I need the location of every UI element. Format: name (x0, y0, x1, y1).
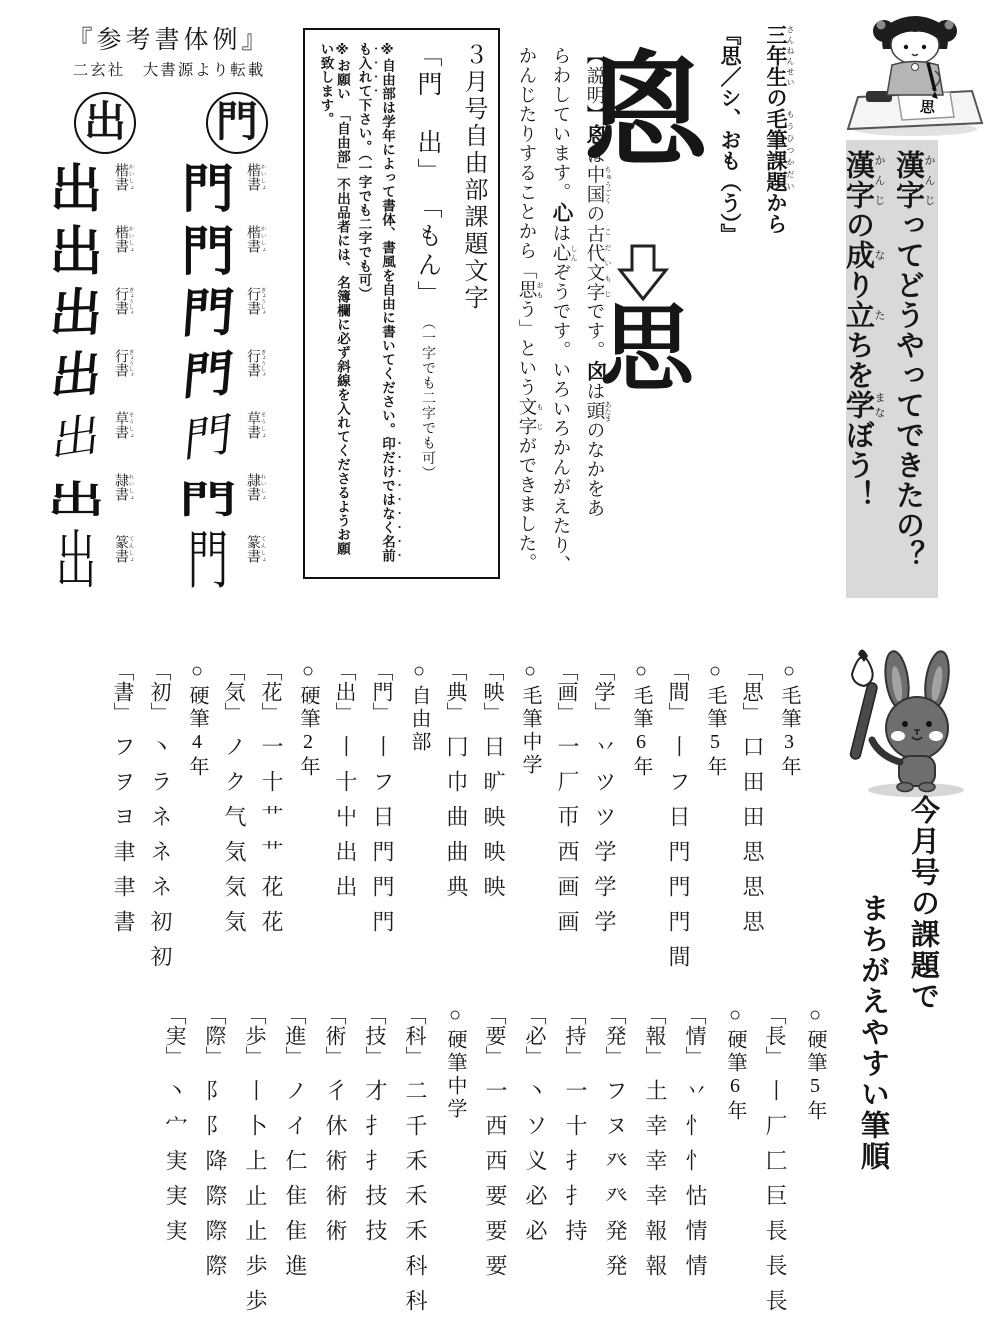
stroke-steps: 口田田思思思 (740, 735, 765, 945)
script-type-label: 草書そうしょ (244, 411, 266, 467)
stroke-order-column: 「花」一十艹艹花花 (258, 660, 284, 996)
stroke-steps: ノイ仁隹隹進 (283, 1079, 308, 1289)
text-segment: 思おも (516, 280, 536, 300)
stroke-target-kanji: 「歩」 (243, 1004, 267, 1067)
calligraphy-glyph: 門 (168, 482, 247, 519)
stroke-order-column: 「報」土幸幸幸報報 (642, 1004, 668, 1332)
stroke-order-column: 「初」丶ラネネネ初初 (147, 660, 173, 996)
stroke-target-kanji: 「科」 (403, 1004, 427, 1067)
stroke-order-column: 「間」丨フ日門門門間 (665, 660, 691, 996)
stroke-order-column: 「映」日旷映映映 (480, 660, 506, 996)
text-segment: は (584, 146, 604, 166)
stroke-target-kanji: 「実」 (163, 1004, 187, 1067)
inline-ancient-glyph: 心 (549, 202, 571, 224)
text-segment: 心しん (550, 243, 570, 263)
reference-title: 『参考書体例』 (38, 20, 300, 56)
text-segment: う」という (516, 300, 536, 398)
script-type-label: 楷書かいしょ (244, 163, 266, 219)
text-segment: 立た (842, 300, 874, 330)
stroke-steps: ノク气気気気 (222, 735, 247, 945)
text-segment: 漢字かんじ (842, 150, 874, 210)
stroke-steps: 丶ラネネネ初初 (148, 735, 173, 980)
stroke-group-header: ○毛筆5年 (702, 660, 728, 996)
stroke-steps: 丶宀実実実 (163, 1079, 188, 1254)
calligraphy-glyph: 出 (39, 349, 113, 404)
script-type-label: 篆書てんしょ (244, 535, 266, 591)
calligraphy-glyph: 門 (170, 288, 246, 342)
script-examples-column-de: 出楷書かいしょ出楷書かいしょ出行書ぎょうしょ出行書ぎょうしょ出草書そうしょ出隷書… (40, 160, 166, 594)
stroke-steps: 土幸幸幸報報 (643, 1079, 668, 1289)
stroke-target-kanji: 「初」 (148, 660, 172, 723)
stroke-steps: 丷ツツ学学学 (592, 735, 617, 945)
assignment-subject-note: （一字でも二字でも可） (420, 316, 435, 481)
text-segment: 頭あたま (584, 401, 604, 421)
calligraphy-glyph: 出 (36, 482, 115, 519)
text-segment: 学まな (842, 390, 874, 420)
calligraphy-glyph: 出 (39, 226, 112, 279)
explanation-line: 【説明せつめい】恖は中国ちゅうごくの古代文字こだいもじです。囟は頭あたまのなかを… (578, 46, 612, 594)
stroke-steps: 一十艹艹花花 (259, 735, 284, 945)
stroke-target-kanji: 「間」 (666, 660, 690, 723)
stroke-target-kanji: 「発」 (603, 1004, 627, 1067)
stroke-order-column: 「必」丶ソ义必必 (522, 1004, 548, 1332)
stroke-target-kanji: 「要」 (483, 1004, 507, 1067)
text-segment: 三年生さんねんせい (764, 24, 787, 87)
stroke-target-kanji: 「情」 (683, 1004, 707, 1067)
stroke-order-column: 「思」口田田思思思 (739, 660, 765, 996)
assignment-subject-reading: 「もん」 (414, 193, 441, 309)
stroke-steps: 丨フ日門門門 (370, 735, 395, 945)
text-segment: かんじたりすることから「 (516, 46, 536, 280)
stroke-target-kanji: 「典」 (444, 660, 468, 723)
script-example-row: 門楷書かいしょ (172, 222, 298, 284)
script-example-row: 門篆書てんしょ (172, 532, 298, 594)
text-segment: の (842, 210, 874, 240)
text-segment: らわしています。 (550, 46, 570, 202)
text-segment: ぼう！ (842, 420, 874, 510)
stroke-target-kanji: 「持」 (563, 1004, 587, 1067)
stroke-target-kanji: 「花」 (259, 660, 283, 723)
calligraphy-glyph: 出 (48, 531, 104, 594)
script-example-row: 出篆書てんしょ (40, 532, 166, 594)
stroke-order-column: 「術」彳休術術術 (322, 1004, 348, 1332)
down-arrow-icon (617, 243, 669, 303)
stroke-steps: 丶ソ义必必 (523, 1079, 548, 1254)
script-example-row: 出楷書かいしょ (40, 222, 166, 284)
text-segment: から (764, 192, 787, 234)
svg-text:思: 思 (920, 99, 937, 117)
text-segment: の (764, 87, 787, 108)
stroke-steps: 丨卜上止止歩歩 (243, 1079, 268, 1324)
stroke-order-column: 「技」才扌扌技技 (362, 1004, 388, 1332)
stroke-order-column: 「出」丨十屮出出 (332, 660, 358, 996)
stroke-steps: 阝阝降際際際 (203, 1079, 228, 1289)
stroke-steps: 冂巾曲曲典 (444, 735, 469, 910)
script-type-label: 行書ぎょうしょ (244, 349, 266, 405)
text-segment: ちを (842, 330, 874, 390)
stroke-steps: 丨厂匚巨長長長 (763, 1079, 788, 1324)
stroke-steps: 才扌扌技技 (363, 1079, 388, 1254)
stroke-order-column: 「歩」丨卜上止止歩歩 (242, 1004, 268, 1332)
stroke-target-kanji: 「必」 (523, 1004, 547, 1067)
text-segment: 説明せつめい (584, 66, 604, 105)
assignment-subject-kanji: 「門 出」 (414, 42, 441, 187)
text-segment: り (842, 270, 874, 300)
stroke-steps: 丨十屮出出 (333, 735, 358, 910)
stroke-order-column: 「要」一西西要要要 (482, 1004, 508, 1332)
script-example-row: 門楷書かいしょ (172, 160, 298, 222)
script-example-row: 門草書そうしょ (172, 408, 298, 470)
text-segment: 【 (584, 46, 604, 66)
text-segment: 中国ちゅうごく (584, 165, 604, 204)
stroke-order-column: 「実」丶宀実実実 (162, 1004, 188, 1332)
script-example-row: 出隷書れいしょ (40, 470, 166, 532)
stroke-target-kanji: 「術」 (323, 1004, 347, 1067)
text-segment: ができました。 (516, 436, 536, 573)
stroke-steps: 丷忄忄怙情情 (683, 1079, 708, 1289)
calligraphy-glyph: 門 (171, 226, 244, 279)
script-example-row: 出行書ぎょうしょ (40, 346, 166, 408)
text-segment: 古代文字こだいもじ (584, 224, 604, 302)
inline-ancient-glyph: 囟 (583, 360, 605, 382)
text-segment: です。 (584, 302, 604, 361)
stroke-order-title-line-2: まちがえやすい筆順 (853, 893, 893, 1253)
stroke-steps: 一十扌扌持 (563, 1079, 588, 1254)
text-segment: の (584, 204, 604, 224)
stroke-group-header: ○毛筆中学 (517, 660, 543, 996)
stroke-steps: 一厂帀西画画 (555, 735, 580, 945)
stroke-steps: 彳休術術術 (323, 1079, 348, 1254)
text-segment: 漢字かんじ (892, 150, 924, 210)
stroke-steps: フヲヨ聿聿書 (111, 735, 136, 945)
circled-kanji-mon: 門 (206, 92, 268, 154)
text-segment: は (550, 224, 570, 244)
stroke-steps: フヌ癶癶発発 (603, 1079, 628, 1289)
calligraphy-glyph: 出 (40, 165, 112, 217)
stroke-target-kanji: 「画」 (555, 660, 579, 723)
calligraphy-glyph: 出 (38, 288, 114, 342)
script-example-row: 門行書ぎょうしょ (172, 284, 298, 346)
assignment-subject: 「門 出」 「もん」 （一字でも二字でも可） (410, 42, 444, 565)
script-type-label: 行書ぎょうしょ (244, 287, 266, 343)
text-segment: 下さい。（一字でも二字でも可） (357, 98, 372, 301)
stroke-steps: 一西西要要要 (483, 1079, 508, 1289)
stroke-order-column: 「気」ノク气気気気 (221, 660, 247, 996)
stroke-steps: 丨フ日門門門間 (666, 735, 691, 980)
stroke-steps: 二千禾禾禾科科 (403, 1079, 428, 1324)
stroke-target-kanji: 「報」 (643, 1004, 667, 1067)
stroke-target-kanji: 「気」 (222, 660, 246, 723)
stroke-target-kanji: 「門」 (370, 660, 394, 723)
text-segment: ぞうです。いろいろかんがえたり、 (550, 263, 570, 575)
stroke-order-column: 「画」一厂帀西画画 (554, 660, 580, 996)
text-segment: 文字もじ (516, 397, 536, 436)
script-type-label: 楷書かいしょ (112, 163, 134, 219)
stroke-order-column: 「際」阝阝降際際際 (202, 1004, 228, 1332)
circled-kanji-de: 出 (74, 92, 136, 154)
assignment-note-1: ※自由部は学年によって書体、書風を自由に書いてください。印だけではなく名前も入れ… (355, 42, 402, 565)
section-title-brush-assignment: 三年生さんねんせいの毛筆課題もうひつかだいから (760, 24, 795, 324)
stroke-target-kanji: 「出」 (333, 660, 357, 723)
stroke-target-kanji: 「思」 (740, 660, 764, 723)
stroke-target-kanji: 「際」 (203, 1004, 227, 1067)
stroke-order-column: 「進」ノイ仁隹隹進 (282, 1004, 308, 1332)
headline-banner: 漢字かんじってどうやってできたの？ 漢字かんじの成なり立たちを学まなぼう！ (846, 140, 938, 598)
stroke-order-column: 「持」一十扌扌持 (562, 1004, 588, 1332)
stroke-group-header: ○硬筆6年 (722, 1004, 748, 1332)
stroke-order-column: 「学」丷ツツ学学学 (591, 660, 617, 996)
stroke-group-header: ○硬筆2年 (295, 660, 321, 996)
newsletter-page: 思 漢字かんじってどうやってできたの？ 漢字かんじの成なり立たちを学まなぼう！ … (0, 0, 992, 1332)
stroke-steps: 日旷映映映 (481, 735, 506, 910)
text-segment: は (584, 382, 604, 402)
explanation-paragraph: 【説明せつめい】恖は中国ちゅうごくの古代文字こだいもじです。囟は頭あたまのなかを… (512, 46, 612, 594)
script-example-row: 門行書ぎょうしょ (172, 346, 298, 408)
stroke-group-header: ○毛筆3年 (776, 660, 802, 996)
text-segment: のなかをあ (584, 421, 604, 519)
assignment-note-2: ※お願い 「自由部」不出品者には、名簿欄に必ず斜線を入れてくださるようお願い致し… (317, 42, 350, 565)
inline-ancient-glyph: 恖 (583, 124, 605, 146)
stroke-target-kanji: 「技」 (363, 1004, 387, 1067)
stroke-target-kanji: 「長」 (763, 1004, 787, 1067)
script-example-row: 出行書ぎょうしょ (40, 284, 166, 346)
stroke-group-header: ○硬筆中学 (442, 1004, 468, 1332)
script-example-row: 出草書そうしょ (40, 408, 166, 470)
calligraphy-glyph: 門 (171, 349, 245, 404)
assignment-kanji-title: 『思／シ、おも（う）』 (714, 24, 744, 334)
stroke-order-title-line-1: 今月号の課題で (903, 795, 943, 1045)
script-examples-column-mon: 門楷書かいしょ門楷書かいしょ門行書ぎょうしょ門行書ぎょうしょ門草書そうしょ門隷書… (172, 160, 298, 594)
stroke-target-kanji: 「書」 (111, 660, 135, 723)
stroke-target-kanji: 「学」 (592, 660, 616, 723)
script-type-label: 篆書てんしょ (112, 535, 134, 591)
calligraphy-glyph: 門 (172, 165, 244, 217)
stroke-order-column: 「情」丷忄忄怙情情 (682, 1004, 708, 1332)
calligraphy-glyph: 門 (180, 531, 236, 594)
calligraphy-glyph: 出 (41, 411, 112, 467)
text-segment: 成な (842, 240, 874, 270)
stroke-order-column: 「門」丨フ日門門門 (369, 660, 395, 996)
stroke-target-kanji: 「進」 (283, 1004, 307, 1067)
stroke-order-column: 「発」フヌ癶癶発発 (602, 1004, 628, 1332)
stroke-target-kanji: 「映」 (481, 660, 505, 723)
stroke-order-table-lower: ○硬筆5年「長」丨厂匚巨長長長○硬筆6年「情」丷忄忄怙情情「報」土幸幸幸報報「発… (148, 1004, 828, 1332)
script-type-label: 楷書かいしょ (244, 225, 266, 281)
stroke-order-column: 「長」丨厂匚巨長長長 (762, 1004, 788, 1332)
stroke-order-column: 「科」二千禾禾禾科科 (402, 1004, 428, 1332)
headline-line-2: 漢字かんじの成なり立たちを学まなぼう！ (835, 150, 885, 592)
assignment-box-title: ３月号自由部課題文字 (456, 42, 490, 565)
girl-writing-calligraphy-icon: 思 (840, 5, 990, 140)
calligraphy-glyph: 門 (173, 411, 244, 467)
script-example-row: 出楷書かいしょ (40, 160, 166, 222)
explanation-line: かんじたりすることから「思おもう」という文字もじができました。 (510, 46, 544, 594)
script-example-row: 門隷書れいしょ (172, 470, 298, 532)
stroke-group-header: ○毛筆6年 (628, 660, 654, 996)
reference-source: 二玄社 大書源より転載 (38, 58, 300, 80)
free-section-assignment-box: ３月号自由部課題文字 「門 出」 「もん」 （一字でも二字でも可） ※自由部は学… (303, 28, 500, 579)
text-segment: ってどうやってできたの？ (892, 210, 924, 570)
stroke-order-column: 「典」冂巾曲曲典 (443, 660, 469, 996)
rabbit-holding-brush-icon (842, 640, 992, 800)
script-type-label: 草書そうしょ (112, 411, 134, 467)
text-segment: 】 (584, 105, 604, 125)
text-segment: 毛筆課題もうひつかだい (764, 108, 787, 192)
explanation-line: らわしています。心は心しんぞうです。いろいろかんがえたり、 (544, 46, 578, 594)
script-type-label: 行書ぎょうしょ (112, 349, 134, 405)
text-segment: ※自由部は学年によって書体、書風を自由に書いてください。 (380, 42, 395, 437)
script-type-label: 楷書かいしょ (112, 225, 134, 281)
stroke-group-header: ○硬筆5年 (802, 1004, 828, 1332)
stroke-group-header: ○自由部 (406, 660, 432, 996)
headline-line-1: 漢字かんじってどうやってできたの？ (885, 150, 935, 592)
stroke-order-table-upper: ○毛筆3年「思」口田田思思思○毛筆5年「間」丨フ日門門門間○毛筆6年「学」丷ツツ… (99, 660, 802, 996)
script-type-label: 行書ぎょうしょ (112, 287, 134, 343)
stroke-group-header: ○硬筆4年 (184, 660, 210, 996)
stroke-order-column: 「書」フヲヨ聿聿書 (110, 660, 136, 996)
